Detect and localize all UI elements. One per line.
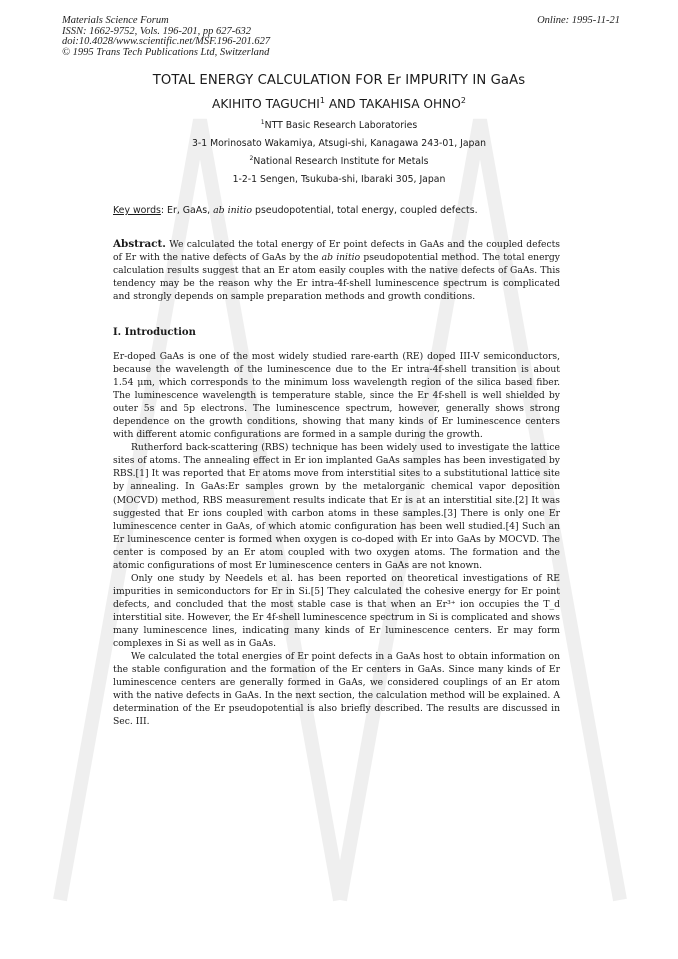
- abstract-italic: ab initio: [322, 252, 360, 263]
- author-line: AKIHITO TAGUCHI1 AND TAKAHISA OHNO2: [0, 97, 678, 111]
- paragraph-2: Rutherford back-scattering (RBS) techniq…: [113, 441, 560, 571]
- affiliation-2-name: National Research Institute for Metals: [253, 156, 428, 167]
- section-heading: I. Introduction: [113, 327, 196, 338]
- online-date: Online: 1995-11-21: [537, 16, 620, 27]
- copyright-line: © 1995 Trans Tech Publications Ltd, Swit…: [62, 48, 270, 59]
- author-1: AKIHITO TAGUCHI: [212, 97, 320, 111]
- affiliation-2-address: 1-2-1 Sengen, Tsukuba-shi, Ibaraki 305, …: [0, 174, 678, 185]
- abstract-label: Abstract.: [113, 238, 166, 250]
- paragraph-3: Only one study by Needels et al. has bee…: [113, 572, 560, 650]
- affiliation-2: 2National Research Institute for Metals: [0, 156, 678, 167]
- abstract: Abstract. We calculated the total energy…: [113, 238, 560, 303]
- author-2: TAKAHISA OHNO: [360, 97, 461, 111]
- affiliation-1-address: 3-1 Morinosato Wakamiya, Atsugi-shi, Kan…: [0, 138, 678, 149]
- keywords-post: pseudopotential, total energy, coupled d…: [252, 205, 478, 216]
- publication-info: Materials Science Forum ISSN: 1662-9752,…: [62, 16, 270, 59]
- affiliation-1: 1NTT Basic Research Laboratories: [0, 120, 678, 131]
- keywords-pre: Er, GaAs,: [167, 205, 213, 216]
- paper-title: TOTAL ENERGY CALCULATION FOR Er IMPURITY…: [0, 73, 678, 88]
- affiliation-1-name: NTT Basic Research Laboratories: [265, 120, 418, 131]
- author-2-affiliation-mark: 2: [461, 96, 466, 105]
- keywords-italic: ab initio: [213, 205, 252, 216]
- paragraph-1: Er-doped GaAs is one of the most widely …: [113, 350, 560, 441]
- keywords-label: Key words: [113, 205, 161, 216]
- author-conjunction: AND: [325, 97, 360, 111]
- paragraph-4: We calculated the total energies of Er p…: [113, 650, 560, 728]
- keywords: Key words: Er, GaAs, ab initio pseudopot…: [113, 205, 478, 216]
- introduction-body: Er-doped GaAs is one of the most widely …: [113, 350, 560, 728]
